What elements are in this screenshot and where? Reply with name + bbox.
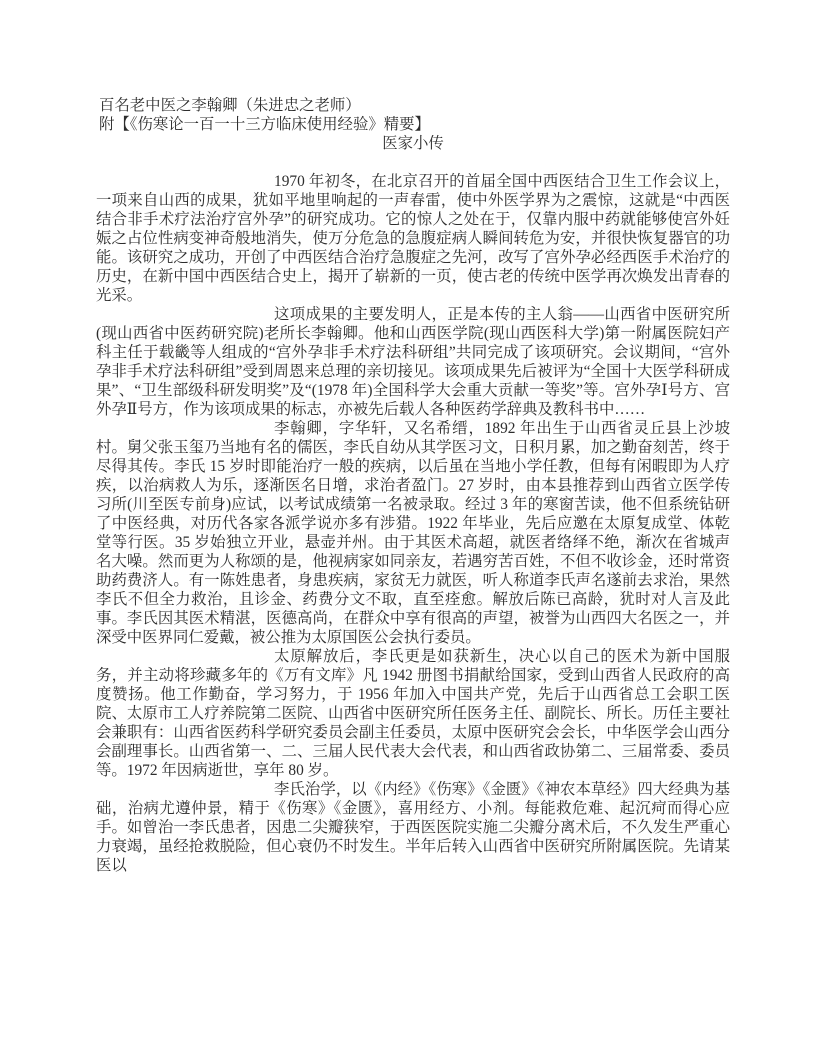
body-paragraph-5: 李氏治学，以《内经》《伤寒》《金匮》《神农本草经》四大经典为基础，治病尤遵仲景，…	[96, 780, 730, 875]
body-paragraph-1: 1970 年初冬，在北京召开的首届全国中西医结合卫生工作会议上，一项来自山西的成…	[96, 172, 730, 305]
body-paragraph-4: 太原解放后，李氏更是如获新生，决心以自己的医术为新中国服务，并主动将珍藏多年的《…	[96, 647, 730, 780]
body-paragraph-2: 这项成果的主要发明人，正是本传的主人翁——山西省中医研究所(现山西省中医药研究院…	[96, 305, 730, 419]
doc-title: 百名老中医之李翰卿（朱进忠之老师）	[96, 96, 730, 115]
body-paragraph-3: 李翰卿，字华轩，又名希缙，1892 年出生于山西省灵丘县上沙坡村。舅父张玉玺乃当…	[96, 419, 730, 647]
doc-subtitle-attachment-note: 附【《伤寒论一百一十三方临床使用经验》精要】	[96, 115, 730, 134]
document-page: 百名老中医之李翰卿（朱进忠之老师） 附【《伤寒论一百一十三方临床使用经验》精要】…	[0, 0, 816, 1056]
section-heading: 医家小传	[96, 134, 730, 153]
